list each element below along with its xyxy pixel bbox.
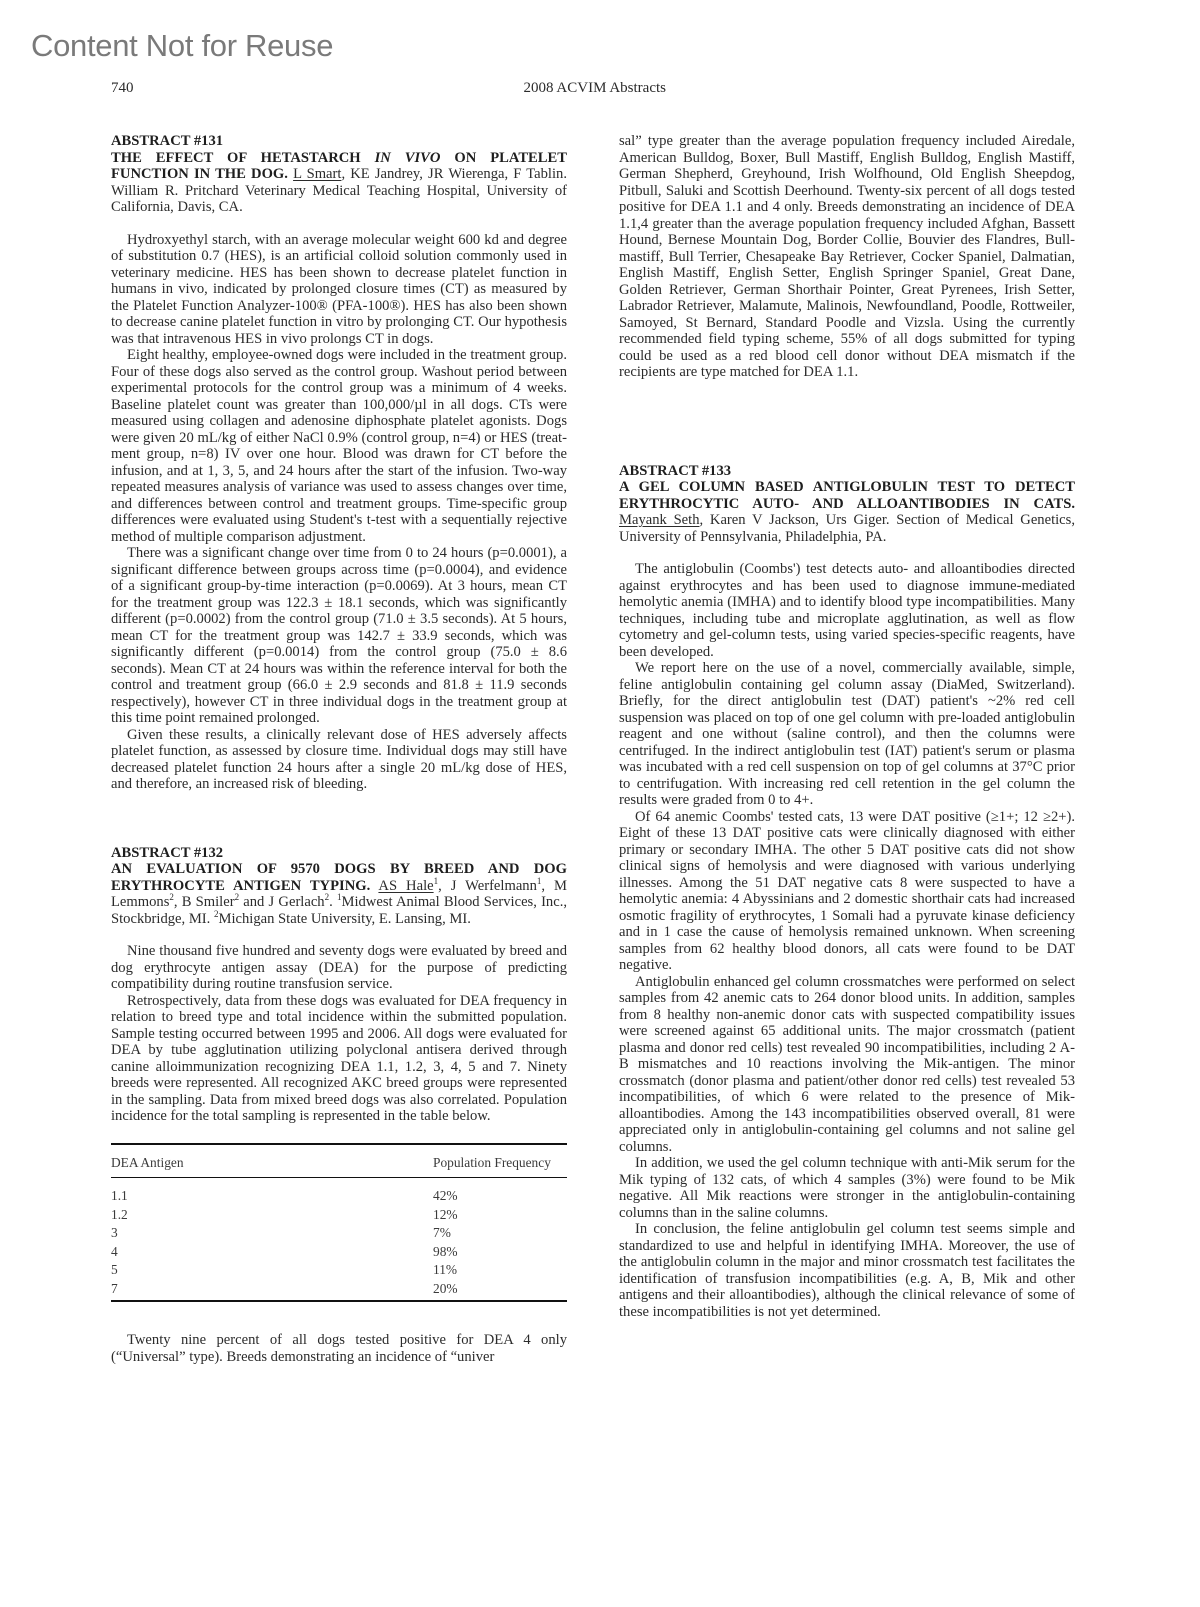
abstract-paragraph: Antiglobulin enhanced gel column crossma… bbox=[619, 974, 1075, 1156]
table-header-row: DEA Antigen Population Frequency bbox=[111, 1144, 567, 1178]
abstract-heading: A GEL COLUMN BASED ANTIGLOBULIN TEST TO … bbox=[619, 479, 1075, 545]
abstract-paragraph: In conclusion, the feline antiglobulin g… bbox=[619, 1221, 1075, 1320]
frequency-cell: 11% bbox=[433, 1261, 567, 1280]
abstract-paragraph: We report here on the use of a novel, co… bbox=[619, 660, 1075, 809]
left-column: ABSTRACT #131 THE EFFECT OF HETASTARCH I… bbox=[111, 133, 567, 1365]
abstract-number: ABSTRACT #133 bbox=[619, 463, 1075, 480]
abstract-paragraph: Hydroxyethyl starch, with an average mol… bbox=[111, 232, 567, 348]
column-header: DEA Antigen bbox=[111, 1144, 433, 1178]
frequency-cell: 7% bbox=[433, 1224, 567, 1243]
abstract-paragraph: Given these results, a clinically releva… bbox=[111, 727, 567, 793]
abstract-number: ABSTRACT #131 bbox=[111, 133, 567, 150]
antigen-cell: 7 bbox=[111, 1280, 433, 1302]
presenting-author: AS Hale bbox=[378, 878, 433, 894]
abstract-paragraph-continued: sal” type greater than the average popul… bbox=[619, 133, 1075, 381]
presenting-author: Mayank Seth bbox=[619, 512, 700, 528]
abstract-title: A GEL COLUMN BASED ANTIGLOBULIN TEST TO … bbox=[619, 479, 1075, 512]
table-row: 1.212% bbox=[111, 1206, 567, 1225]
abstract-paragraph: Retrospectively, data from these dogs wa… bbox=[111, 993, 567, 1125]
abstract-paragraph: In addition, we used the gel column tech… bbox=[619, 1155, 1075, 1221]
table-row: 37% bbox=[111, 1224, 567, 1243]
affiliation: Michigan State University, E. Lansing, M… bbox=[218, 911, 470, 927]
abstract-paragraph: Eight healthy, employee-owned dogs were … bbox=[111, 347, 567, 545]
abstract-131: ABSTRACT #131 THE EFFECT OF HETASTARCH I… bbox=[111, 133, 567, 793]
right-column: sal” type greater than the average popul… bbox=[619, 133, 1075, 1320]
abstract-paragraph: There was a significant change over time… bbox=[111, 545, 567, 727]
column-header: Population Frequency bbox=[433, 1144, 567, 1178]
antigen-cell: 1.1 bbox=[111, 1178, 433, 1206]
presenting-author: L Smart bbox=[293, 166, 341, 182]
frequency-cell: 20% bbox=[433, 1280, 567, 1302]
abstract-paragraph: Nine thousand five hundred and seventy d… bbox=[111, 943, 567, 993]
frequency-cell: 12% bbox=[433, 1206, 567, 1225]
frequency-cell: 42% bbox=[433, 1178, 567, 1206]
frequency-cell: 98% bbox=[433, 1243, 567, 1262]
antigen-cell: 4 bbox=[111, 1243, 433, 1262]
abstract-number: ABSTRACT #132 bbox=[111, 845, 567, 862]
table-row: 1.142% bbox=[111, 1178, 567, 1206]
dea-frequency-table: DEA Antigen Population Frequency 1.142% … bbox=[111, 1143, 567, 1303]
watermark-text: Content Not for Reuse bbox=[31, 28, 333, 64]
abstract-paragraph: Of 64 anemic Coombs' tested cats, 13 wer… bbox=[619, 809, 1075, 974]
table-row: 498% bbox=[111, 1243, 567, 1262]
antigen-cell: 1.2 bbox=[111, 1206, 433, 1225]
abstract-paragraph: The antiglobulin (Coombs') test detects … bbox=[619, 561, 1075, 660]
page-number: 740 bbox=[111, 80, 134, 97]
abstract-heading: THE EFFECT OF HETASTARCH IN VIVO ON PLAT… bbox=[111, 150, 567, 216]
abstract-paragraph: Twenty nine percent of all dogs tested p… bbox=[111, 1332, 567, 1365]
journal-title: 2008 ACVIM Abstracts bbox=[524, 80, 667, 97]
abstract-133: ABSTRACT #133 A GEL COLUMN BASED ANTIGLO… bbox=[619, 463, 1075, 1321]
antigen-cell: 3 bbox=[111, 1224, 433, 1243]
antigen-cell: 5 bbox=[111, 1261, 433, 1280]
table-row: 720% bbox=[111, 1280, 567, 1302]
abstract-heading: AN EVALUATION OF 9570 DOGS BY BREED AND … bbox=[111, 861, 567, 927]
table-row: 511% bbox=[111, 1261, 567, 1280]
abstract-132: ABSTRACT #132 AN EVALUATION OF 9570 DOGS… bbox=[111, 845, 567, 1366]
